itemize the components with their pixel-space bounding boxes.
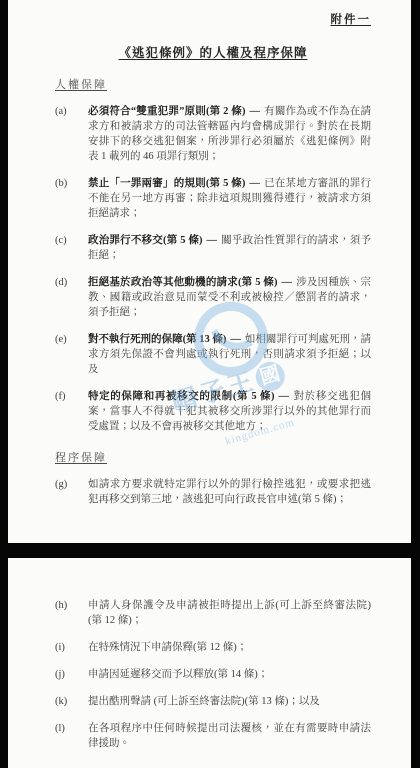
annex-label-text: 附件一 bbox=[331, 14, 372, 26]
item-body-text: 在各項程序中任何時候提出司法覆核，並在有需要時申請法律援助。 bbox=[88, 721, 371, 751]
item-body-text: 申請人身保護令及申請被拒時提出上訴(可上訴至終審法院)(第 12 條)； bbox=[88, 598, 371, 628]
item-lead-text: 政治罪行不移交(第 5 條) bbox=[88, 235, 203, 246]
item-lead-text: 特定的保障和再被移交的限制(第 5 條) bbox=[88, 391, 275, 402]
item-label: (j) bbox=[55, 667, 88, 682]
item-label: (l) bbox=[55, 721, 88, 751]
item-text: 禁止「一罪兩審」的規則(第 5 條)—已在某地方審訊的罪行不能在另一地方再審；除… bbox=[88, 176, 371, 221]
section-heading-procedural: 程序保障 bbox=[55, 449, 371, 465]
item-label: (b) bbox=[55, 176, 88, 221]
item-text: 對不執行死刑的保障(第 13 條)—如相關罪行可判處死刑，請求方須先保證不會判處… bbox=[88, 332, 371, 377]
list-item-a: (a) 必須符合“雙重犯罪”原則(第 2 條)—有關作為或不作為在請求方和被請求… bbox=[55, 104, 371, 164]
page-title-text: 《逃犯條例》的人權及程序保障 bbox=[118, 46, 307, 60]
item-label: (f) bbox=[55, 389, 88, 434]
page-title: 《逃犯條例》的人權及程序保障 bbox=[55, 43, 371, 61]
item-text: 特定的保障和再被移交的限制(第 5 條)—對於移交逃犯個案，當事人不得就干犯其被… bbox=[88, 389, 371, 434]
item-lead-text: 禁止「一罪兩審」的規則(第 5 條) bbox=[88, 178, 245, 189]
item-body-text: 如請求方要求就特定罪行以外的罪行檢控逃犯，或要求把逃犯再移交到第三地，該逃犯可向… bbox=[88, 477, 371, 507]
item-label: (c) bbox=[55, 233, 88, 263]
item-lead-text: 必須符合“雙重犯罪”原則(第 2 條) bbox=[88, 106, 245, 117]
em-dash: — bbox=[245, 106, 264, 117]
item-text: 必須符合“雙重犯罪”原則(第 2 條)—有關作為或不作為在請求方和被請求方的司法… bbox=[88, 104, 371, 164]
item-body-text: 提出酷刑聲請 (可上訴至終審法院)(第 13 條)；以及 bbox=[88, 694, 371, 709]
list-item-g: (g) 如請求方要求就特定罪行以外的罪行檢控逃犯，或要求把逃犯再移交到第三地，該… bbox=[55, 477, 371, 507]
section-heading-procedural-text: 程序保障 bbox=[55, 452, 107, 464]
list-item-k: (k) 提出酷刑聲請 (可上訴至終審法院)(第 13 條)；以及 bbox=[55, 694, 371, 709]
list-item-j: (j) 申請因延遲移交而予以釋放(第 14 條)； bbox=[55, 667, 371, 682]
section-heading-human-rights: 人權保障 bbox=[55, 76, 371, 92]
list-item-d: (d) 拒絕基於政治等其他動機的請求(第 5 條)—涉及因種族、宗教、國籍或政治… bbox=[55, 275, 371, 320]
em-dash: — bbox=[278, 277, 297, 288]
item-lead-text: 對不執行死刑的保障(第 13 條) bbox=[88, 334, 226, 345]
em-dash: — bbox=[203, 235, 222, 246]
list-item-e: (e) 對不執行死刑的保障(第 13 條)—如相關罪行可判處死刑，請求方須先保證… bbox=[55, 332, 371, 377]
list-item-f: (f) 特定的保障和再被移交的限制(第 5 條)—對於移交逃犯個案，當事人不得就… bbox=[55, 389, 371, 434]
section-heading-human-rights-text: 人權保障 bbox=[55, 79, 107, 91]
item-label: (a) bbox=[55, 104, 88, 164]
item-label: (k) bbox=[55, 694, 88, 709]
document-page-1: 附件一 《逃犯條例》的人權及程序保障 人權保障 (a) 必須符合“雙重犯罪”原則… bbox=[8, 0, 411, 543]
list-item-c: (c) 政治罪行不移交(第 5 條)—關乎政治性質罪行的請求，須予拒絕； bbox=[55, 233, 371, 263]
document-viewer: 附件一 《逃犯條例》的人權及程序保障 人權保障 (a) 必須符合“雙重犯罪”原則… bbox=[0, 0, 420, 768]
list-item-b: (b) 禁止「一罪兩審」的規則(第 5 條)—已在某地方審訊的罪行不能在另一地方… bbox=[55, 176, 371, 221]
item-label: (e) bbox=[55, 332, 88, 377]
list-item-l: (l) 在各項程序中任何時候提出司法覆核，並在有需要時申請法律援助。 bbox=[55, 721, 371, 751]
em-dash: — bbox=[275, 391, 294, 402]
list-item-h: (h) 申請人身保護令及申請被拒時提出上訴(可上訴至終審法院)(第 12 條)； bbox=[55, 598, 371, 628]
item-label: (d) bbox=[55, 275, 88, 320]
em-dash: — bbox=[245, 178, 264, 189]
item-text: 政治罪行不移交(第 5 條)—關乎政治性質罪行的請求，須予拒絕； bbox=[88, 233, 371, 263]
list-item-i: (i) 在特殊情況下申請保釋(第 12 條)； bbox=[55, 640, 371, 655]
document-page-2: (h) 申請人身保護令及申請被拒時提出上訴(可上訴至終審法院)(第 12 條)；… bbox=[8, 558, 411, 768]
item-body-text: 在特殊情況下申請保釋(第 12 條)； bbox=[88, 640, 371, 655]
item-label: (h) bbox=[55, 598, 88, 628]
item-label: (i) bbox=[55, 640, 88, 655]
item-body-text: 申請因延遲移交而予以釋放(第 14 條)； bbox=[88, 667, 371, 682]
item-text: 拒絕基於政治等其他動機的請求(第 5 條)—涉及因種族、宗教、國籍或政治意見而蒙… bbox=[88, 275, 371, 320]
em-dash: — bbox=[226, 334, 245, 345]
item-label: (g) bbox=[55, 477, 88, 507]
annex-label: 附件一 bbox=[55, 11, 371, 27]
item-lead-text: 拒絕基於政治等其他動機的請求(第 5 條) bbox=[88, 277, 278, 288]
